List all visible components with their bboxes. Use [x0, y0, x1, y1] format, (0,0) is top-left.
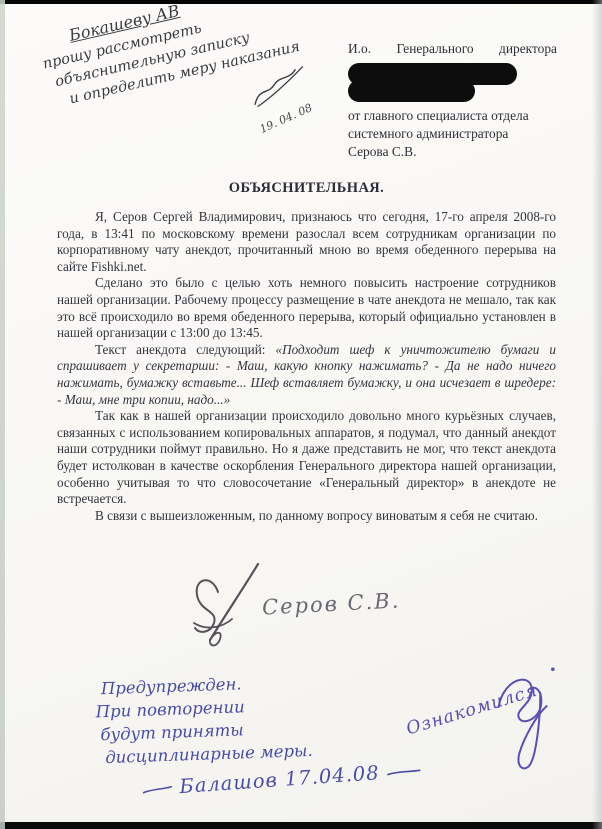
document-title: ОБЪЯСНИТЕЛЬНАЯ. [57, 180, 556, 197]
signature-underline-stroke [142, 784, 172, 794]
document-header: И.о. Генерального директора от главного … [348, 40, 557, 161]
joke-lead: Текст анекдота следующий: [95, 342, 276, 357]
serov-signature-flourish [182, 562, 274, 650]
warning-note: Предупрежден. При повторении будут приня… [94, 667, 407, 770]
signature-tail-stroke [387, 767, 421, 777]
resolution-date: 19. 04. 08 [258, 101, 314, 136]
body-paragraph: В связи с вышеизложенным, по данному воп… [57, 508, 556, 525]
document-body: Я, Серов Сергей Владимирович, признаюсь … [57, 209, 556, 524]
scan-edge-bottom [0, 822, 602, 829]
acknowledgement-signature-flourish [486, 660, 571, 779]
body-paragraph: Я, Серов Сергей Владимирович, признаюсь … [57, 209, 556, 275]
body-paragraph: Сделано это было с целью хоть немного по… [57, 275, 556, 341]
body-paragraph-joke: Текст анекдота следующий: «Подходит шеф … [57, 342, 556, 408]
resolution-note: Бокашеву АВ прошу рассмотреть объяснител… [34, 0, 345, 114]
serov-signature-name: Серов С.В. [261, 588, 400, 619]
scan-edge-right [592, 0, 602, 829]
addressee-line: И.о. Генерального директора [348, 40, 557, 58]
redaction-bar-bottom [348, 80, 475, 102]
sender-name-line: Серова С.В. [348, 143, 557, 161]
scan-edge-left [0, 0, 5, 829]
body-paragraph: Так как в нашей организации происходило … [57, 408, 556, 508]
scanned-document-page: Бокашеву АВ прошу рассмотреть объяснител… [0, 0, 602, 829]
warning-signature-text: Балашов 17.04.08 [179, 761, 381, 798]
redaction-bar [348, 63, 557, 103]
sender-department-line: от главного специалиста отдела [348, 107, 557, 125]
sender-role-line: системного администратора [348, 125, 557, 143]
